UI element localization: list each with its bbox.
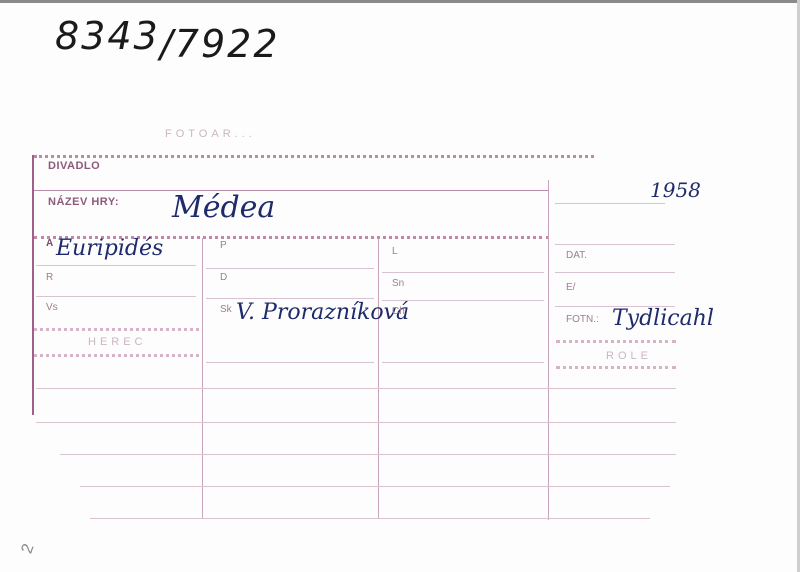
label-l: L [392, 246, 398, 257]
ruled-line [80, 486, 670, 487]
row-divider [206, 362, 374, 363]
label-p: P [220, 240, 227, 251]
margin-mark: 2 [18, 542, 38, 557]
ruled-line [90, 518, 650, 519]
section-divider [556, 366, 676, 369]
row-divider [382, 362, 544, 363]
row-divider [555, 244, 675, 245]
frame-top-line [34, 155, 594, 158]
row-divider [382, 272, 544, 273]
section-divider [34, 354, 199, 357]
label-fotn: FOTN.: [566, 314, 599, 325]
year: 1958 [650, 178, 701, 202]
row-divider [555, 272, 675, 273]
section-divider [34, 328, 199, 331]
catalog-number: 8343 [55, 14, 160, 58]
label-sn: Sn [392, 278, 404, 289]
secondary-number: /7922 [160, 22, 280, 66]
ruled-line [60, 454, 676, 455]
value-nazev-hry: Médea [172, 190, 275, 225]
row-divider [382, 300, 544, 301]
section-herec: HEREC [88, 336, 147, 348]
row-divider [36, 265, 196, 266]
ruled-line [36, 422, 676, 423]
label-divadlo: DIVADLO [48, 160, 100, 172]
label-r: R [46, 272, 53, 283]
label-vs: Vs [46, 302, 58, 313]
scan-top-edge [0, 0, 800, 3]
label-a: A [46, 238, 53, 249]
row-divider [34, 190, 549, 191]
column-divider [378, 238, 379, 518]
row-divider [555, 203, 665, 204]
section-role: ROLE [606, 350, 652, 362]
label-sk: Sk [220, 304, 232, 315]
label-ch: Ch [392, 306, 405, 317]
section-divider [556, 340, 676, 343]
row-divider [206, 298, 374, 299]
column-divider [202, 238, 203, 518]
label-nazev-hry: NÁZEV HRY: [48, 196, 119, 208]
label-e: E/ [566, 282, 575, 293]
row-divider [36, 296, 196, 297]
value-sk: V. Prorazníková [236, 300, 409, 325]
ruled-line [36, 388, 676, 389]
header-stamp: FOTOAR... [165, 128, 256, 140]
label-dat: DAT. [566, 250, 587, 261]
column-divider [548, 180, 549, 520]
value-a: Euripidés [56, 236, 163, 261]
frame-left-line [32, 155, 34, 415]
label-d: D [220, 272, 227, 283]
row-divider [206, 268, 374, 269]
value-fotn: Tydlicahl [612, 306, 714, 331]
